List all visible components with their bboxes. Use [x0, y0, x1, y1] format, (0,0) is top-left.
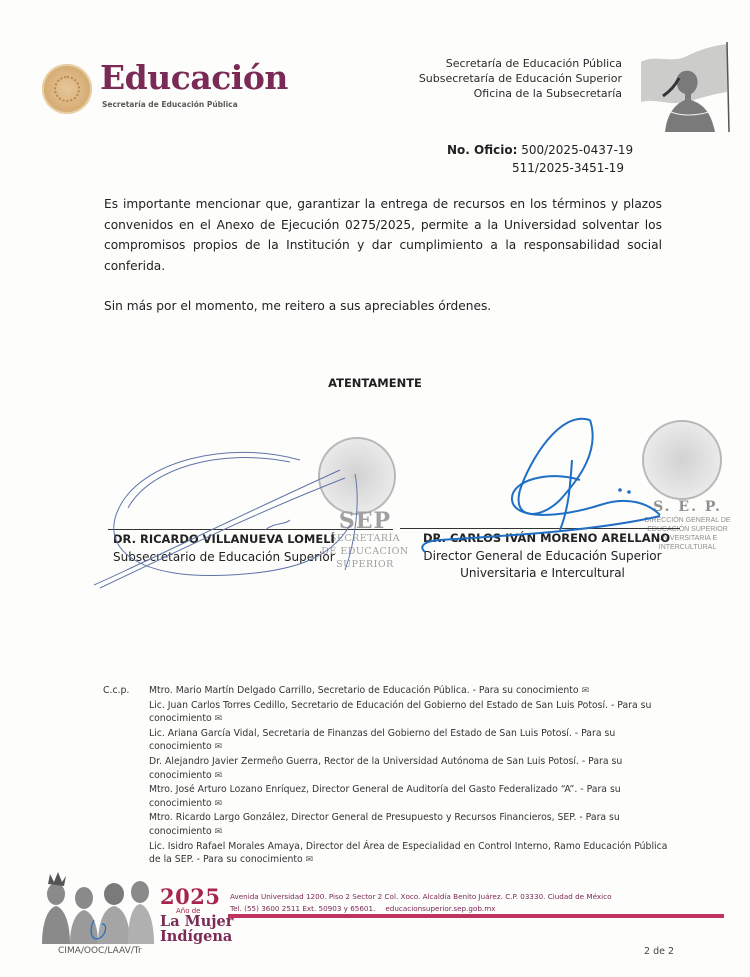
stamp-big: S. E. P.	[630, 498, 745, 516]
office-line: Secretaría de Educación Pública	[419, 56, 622, 71]
office-line: Subsecretaría de Educación Superior	[419, 71, 622, 86]
body-paragraph: Sin más por el momento, me reitero a sus…	[104, 296, 662, 317]
ccp-recipient: Lic. Juan Carlos Torres Cedillo, Secreta…	[149, 699, 669, 727]
phone-line: Tel. (55) 3600 2511 Ext. 50903 y 65601.	[230, 904, 375, 913]
ccp-recipient: Mtro. Ricardo Largo González, Director G…	[149, 811, 669, 839]
envelope-icon: ✉	[215, 714, 223, 724]
closing-salutation: ATENTAMENTE	[0, 376, 750, 390]
oficio-number: 511/2025-3451-19	[447, 159, 633, 177]
ccp-label: C.c.p.	[103, 685, 129, 696]
seal-ring-decoration	[54, 76, 80, 102]
ccp-recipient: Dr. Alejandro Javier Zermeño Guerra, Rec…	[149, 755, 669, 783]
year-motto-line: Indígena	[160, 929, 232, 944]
year-motto-line: La Mujer	[160, 914, 233, 929]
ccp-recipient: Lic. Ariana García Vidal, Secretaria de …	[149, 727, 669, 755]
office-block: Secretaría de Educación Pública Subsecre…	[419, 56, 622, 101]
brand-title: Educación	[100, 58, 288, 98]
signatory-title: Subsecretario de Educación Superior	[113, 549, 335, 566]
year-badge: 2025	[160, 886, 220, 908]
footer-divider	[228, 914, 724, 918]
signatory-title: Director General de Educación Superior U…	[420, 548, 665, 582]
envelope-icon: ✉	[215, 827, 223, 837]
stamp-line: DIRECCIÓN GENERAL DE	[630, 516, 745, 525]
footer-address: Avenida Universidad 1200. Piso 2 Sector …	[230, 891, 611, 915]
signatory-name: DR. RICARDO VILLANUEVA LOMELÍ	[113, 532, 335, 546]
oficio-label: No. Oficio:	[447, 143, 517, 157]
oficio-number: 500/2025-0437-19	[521, 143, 633, 157]
page-number: 2 de 2	[644, 946, 674, 957]
ccp-list: Mtro. Mario Martín Delgado Carrillo, Sec…	[149, 684, 669, 868]
envelope-icon: ✉	[215, 771, 223, 781]
envelope-icon: ✉	[306, 855, 314, 865]
office-line: Oficina de la Subsecretaría	[419, 86, 622, 101]
body-paragraph: Es importante mencionar que, garantizar …	[104, 194, 662, 276]
reference-initials: CIMA/OOC/LAAV/Tr	[58, 946, 142, 956]
website-link[interactable]: educacionsuperior.sep.gob.mx	[375, 904, 495, 913]
signatory-title-line: Universitaria e Intercultural	[420, 565, 665, 582]
ccp-recipient: Mtro. Mario Martín Delgado Carrillo, Sec…	[149, 684, 669, 699]
oficio-block: No. Oficio: 500/2025-0437-19 511/2025-34…	[447, 141, 633, 177]
ccp-recipient: Lic. Isidro Rafael Morales Amaya, Direct…	[149, 840, 669, 868]
envelope-icon: ✉	[582, 686, 590, 696]
envelope-icon: ✉	[215, 799, 223, 809]
address-line: Avenida Universidad 1200. Piso 2 Sector …	[230, 891, 611, 903]
brand-subtitle: Secretaría de Educación Pública	[102, 100, 238, 109]
signatory-title-line: Director General de Educación Superior	[420, 548, 665, 565]
signature-line	[400, 528, 680, 529]
ccp-recipient: Mtro. José Arturo Lozano Enríquez, Direc…	[149, 783, 669, 811]
woman-with-flag-illustration	[635, 42, 733, 132]
envelope-icon: ✉	[215, 742, 223, 752]
coat-of-arms-stamp-icon	[318, 437, 396, 515]
indigenous-women-illustration	[38, 872, 156, 944]
signatory-name: DR. CARLOS IVÁN MORENO ARELLANO	[423, 531, 670, 545]
signature-line	[108, 529, 393, 530]
coat-of-arms-stamp-icon	[642, 420, 722, 500]
